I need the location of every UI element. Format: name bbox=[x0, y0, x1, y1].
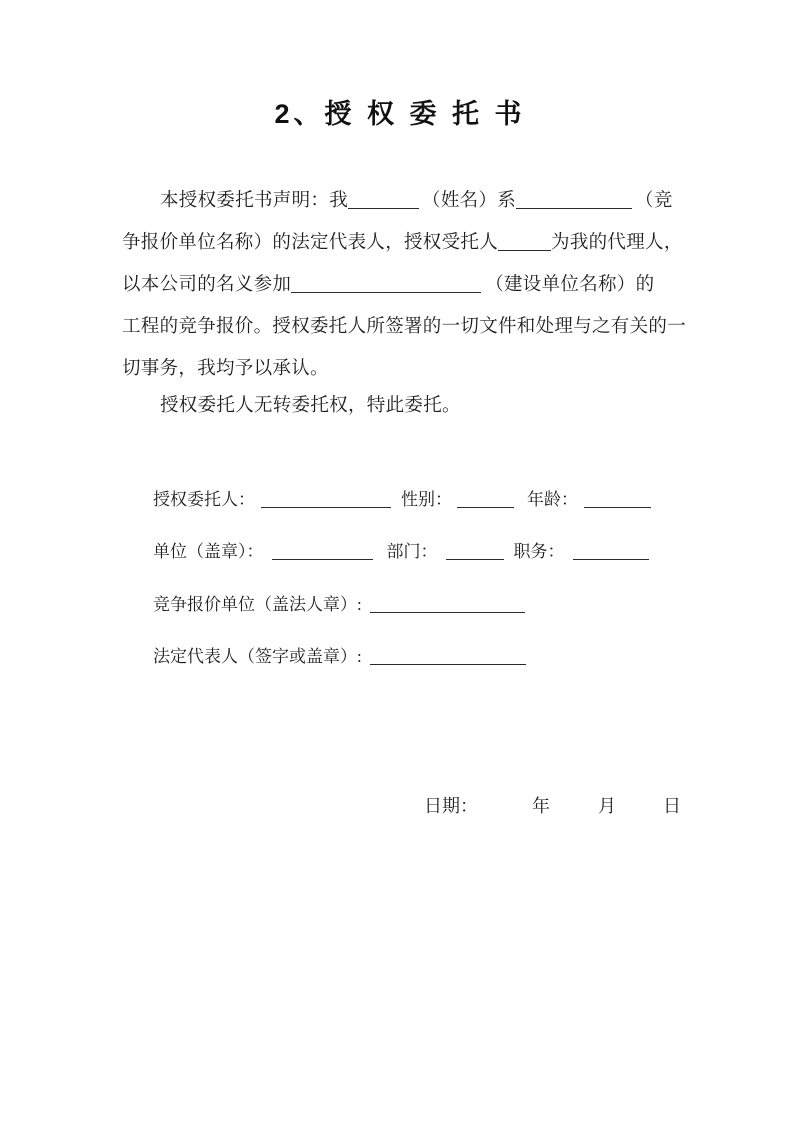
blank-underline bbox=[573, 545, 649, 560]
blank-underline bbox=[498, 236, 551, 251]
closing-paragraph: 授权委托人无转委托权，特此委托。 bbox=[122, 394, 688, 418]
text-line: 授权委托人：性别：年龄： bbox=[153, 488, 683, 540]
blank-underline bbox=[370, 598, 525, 613]
text-segment: 性别： bbox=[401, 490, 452, 509]
text-segment: 本授权委托书声明：我 bbox=[160, 191, 348, 211]
blank-underline bbox=[272, 545, 373, 560]
text-segment: 争报价单位名称）的法定代表人，授权受托人 bbox=[122, 233, 498, 253]
text-line: 争报价单位名称）的法定代表人，授权受托人为我的代理人， bbox=[122, 222, 688, 264]
blank-underline bbox=[348, 194, 419, 209]
text-segment: 月 bbox=[598, 796, 616, 816]
text-segment: 工程的竞争报价。授权委托人所签署的一切文件和处理与之有关的一 bbox=[122, 317, 686, 337]
text-segment: 以本公司的名义参加 bbox=[122, 275, 291, 295]
text-segment: 年龄： bbox=[527, 490, 578, 509]
blank-underline bbox=[584, 493, 651, 508]
blank-underline bbox=[261, 493, 391, 508]
text-line: 单位（盖章）：部门：职务： bbox=[153, 540, 683, 592]
text-line: 竞争报价单位（盖法人章）: bbox=[153, 593, 683, 645]
text-segment: 日期： bbox=[424, 796, 478, 816]
document-page: 2、授 权 委 托 书 本授权委托书声明：我（姓名）系（竞争报价单位名称）的法定… bbox=[0, 0, 800, 1131]
declaration-paragraph: 本授权委托书声明：我（姓名）系（竞争报价单位名称）的法定代表人，授权受托人为我的… bbox=[122, 180, 688, 390]
blank-underline bbox=[446, 545, 504, 560]
text-segment: （姓名）系 bbox=[422, 191, 516, 211]
text-segment: 为我的代理人， bbox=[551, 233, 683, 253]
date-line: 日期：年月日 bbox=[424, 795, 681, 817]
text-segment: 授权委托人： bbox=[153, 490, 255, 509]
text-line: 切事务，我均予以承认。 bbox=[122, 348, 688, 390]
text-line: 本授权委托书声明：我（姓名）系（竞 bbox=[122, 180, 688, 222]
blank-underline bbox=[457, 493, 514, 508]
text-segment: （竞 bbox=[635, 191, 673, 211]
text-segment: （建设单位名称）的 bbox=[485, 275, 654, 295]
text-segment: 年 bbox=[532, 796, 550, 816]
blank-underline bbox=[291, 278, 481, 293]
blank-underline bbox=[516, 194, 632, 209]
text-segment: 竞争报价单位（盖法人章）: bbox=[153, 595, 362, 614]
text-line: 工程的竞争报价。授权委托人所签署的一切文件和处理与之有关的一 bbox=[122, 306, 688, 348]
signature-form: 授权委托人：性别：年龄：单位（盖章）：部门：职务：竞争报价单位（盖法人章）:法定… bbox=[153, 488, 683, 697]
text-segment: 部门： bbox=[387, 542, 438, 561]
text-segment: 切事务，我均予以承认。 bbox=[122, 359, 329, 379]
text-segment: 职务： bbox=[514, 542, 565, 561]
text-segment: 法定代表人（签字或盖章）: bbox=[153, 647, 362, 666]
text-segment: 单位（盖章）： bbox=[153, 542, 264, 561]
blank-underline bbox=[370, 650, 526, 665]
document-title: 2、授 权 委 托 书 bbox=[0, 92, 800, 131]
text-line: 法定代表人（签字或盖章）: bbox=[153, 645, 683, 697]
text-segment: 日 bbox=[663, 796, 681, 816]
text-line: 以本公司的名义参加（建设单位名称）的 bbox=[122, 264, 688, 306]
